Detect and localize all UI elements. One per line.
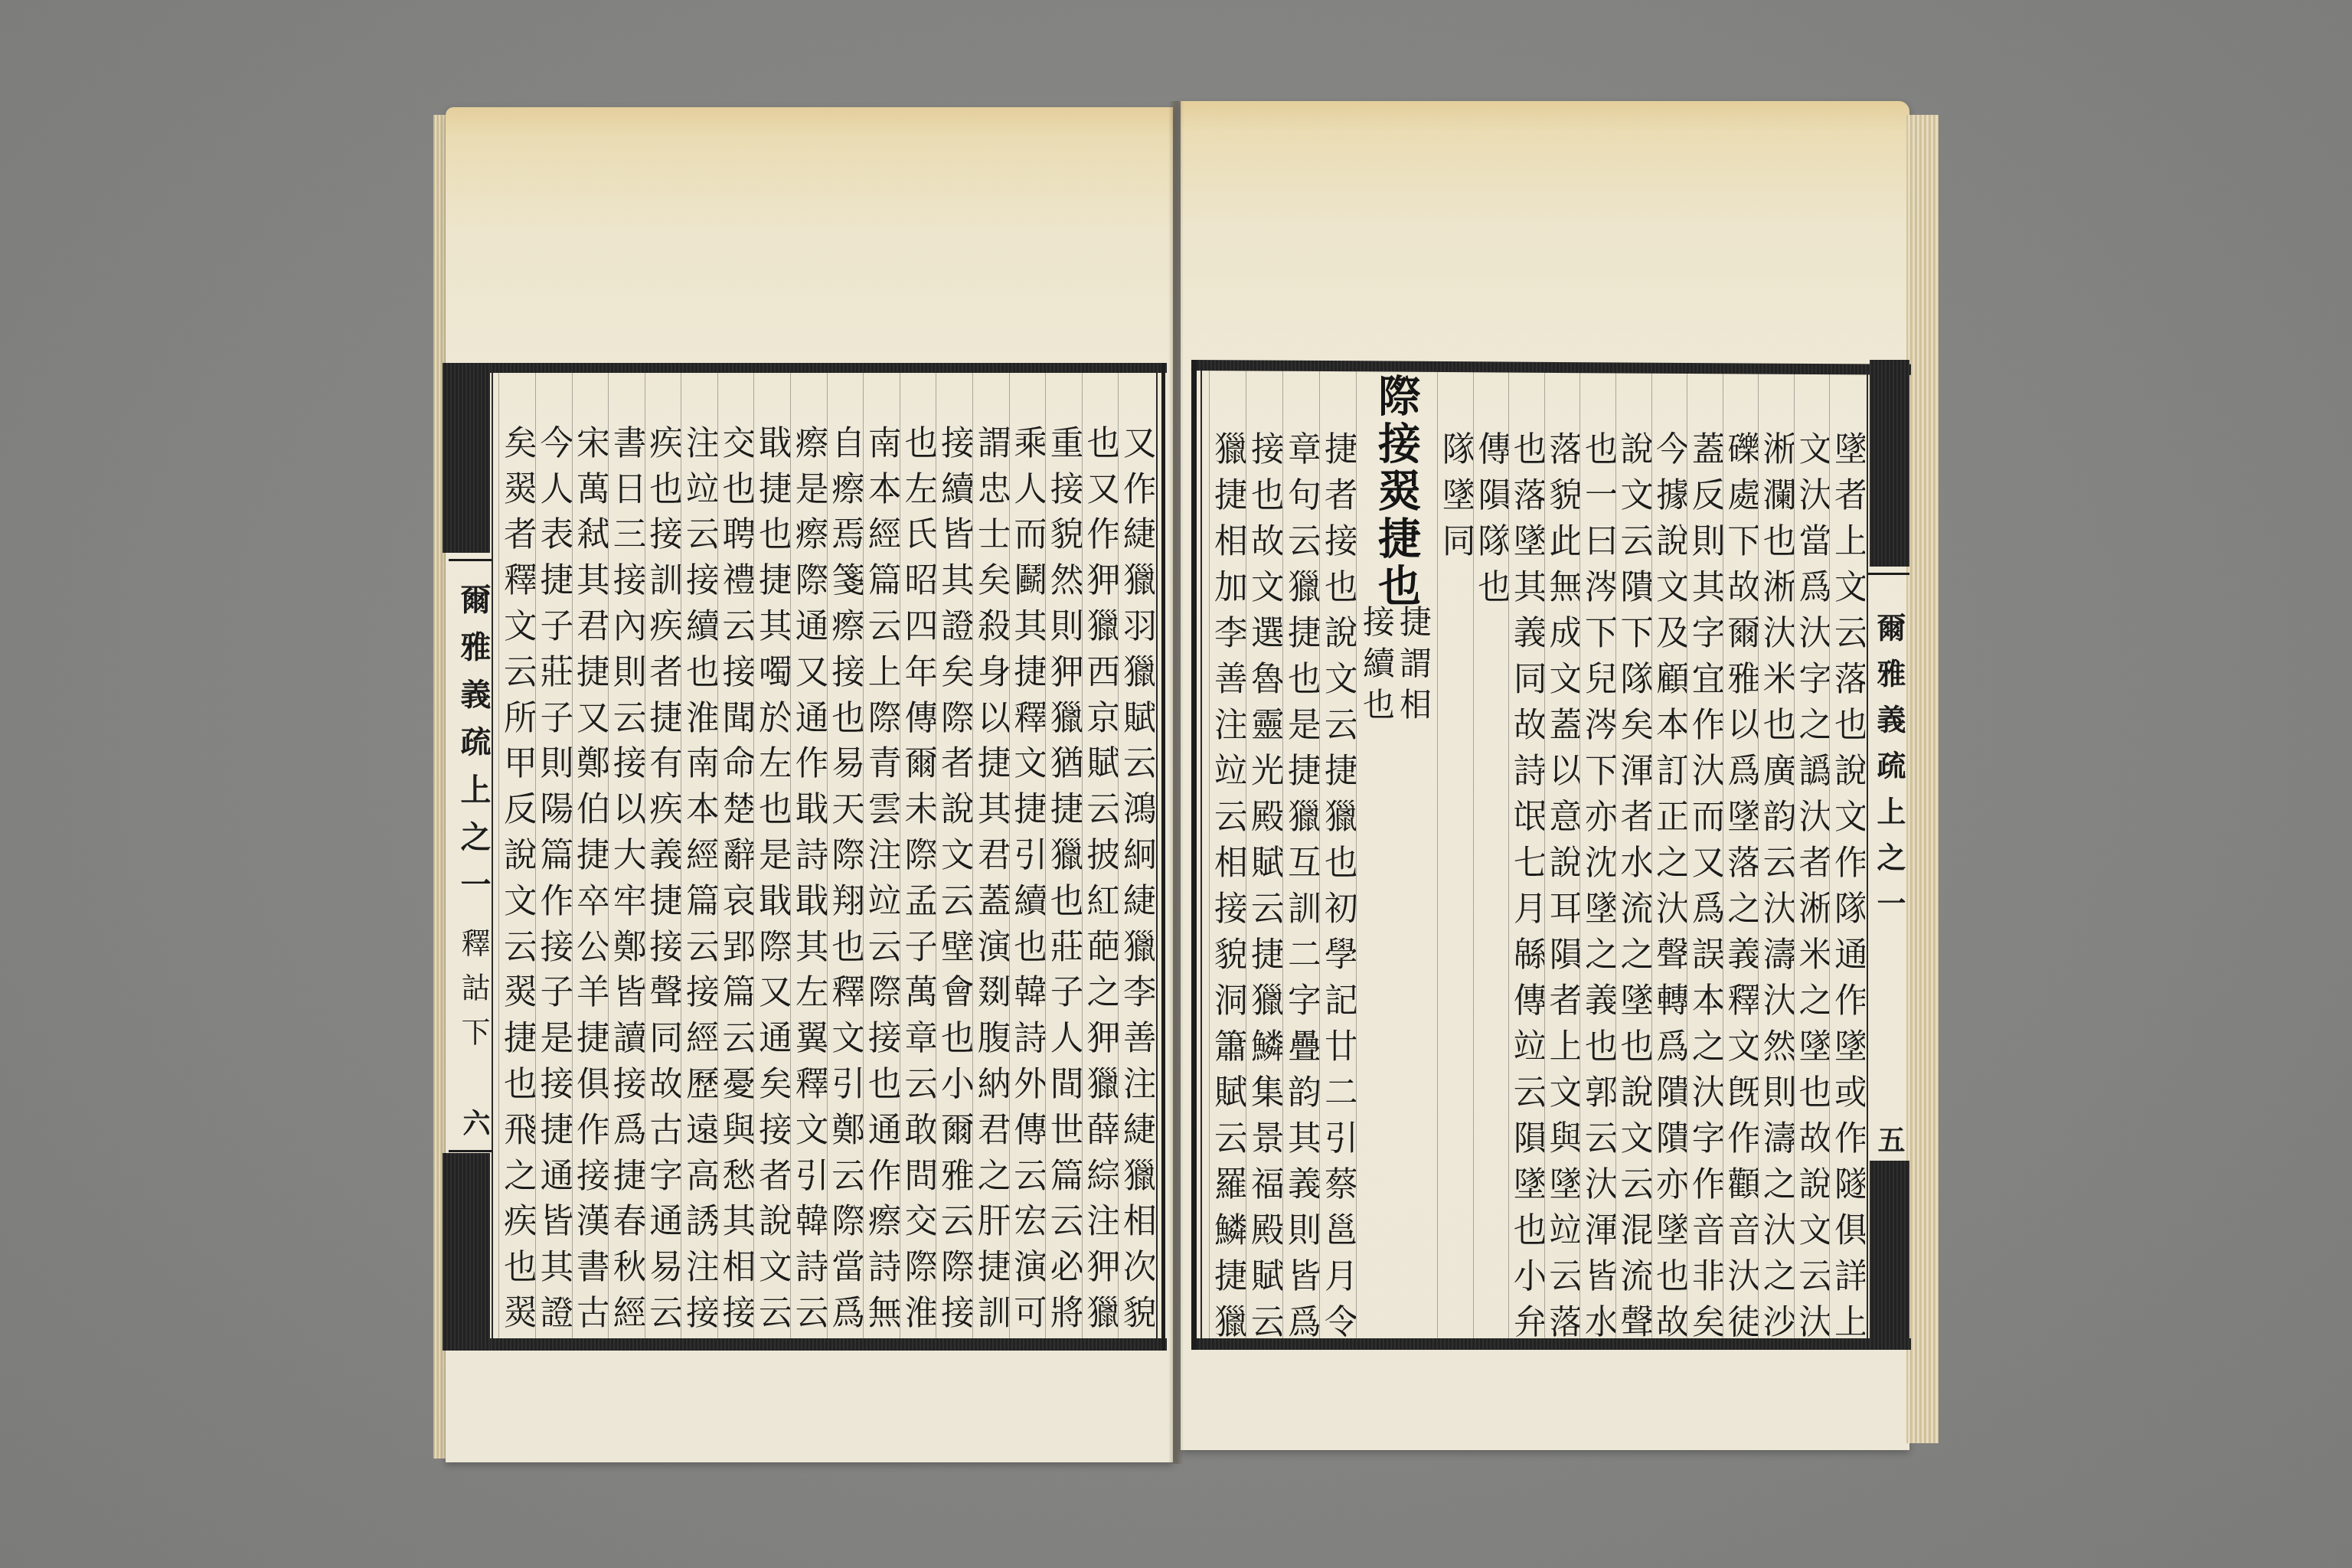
left-margin-fish-tail bbox=[449, 559, 492, 561]
text-column: 自瘵焉箋瘵接也易天際翔也釋文引鄭云際當爲 bbox=[827, 373, 864, 1338]
text-column: 疾也接訓疾者捷有疾義捷接聲同故古字通易云 bbox=[645, 373, 681, 1338]
text-column: 接續皆其證矣際者說文云壁會也小爾雅云際接 bbox=[936, 373, 972, 1338]
left-page-number: 六 bbox=[458, 1109, 492, 1136]
right-margin-book-title: 爾雅義疏上之一 bbox=[1871, 612, 1906, 934]
right-margin-divider bbox=[1867, 371, 1868, 1338]
text-column: 隊墜同 bbox=[1437, 371, 1473, 1338]
left-margin-black-bottom bbox=[443, 1153, 490, 1351]
left-margin-bottom-line bbox=[449, 1150, 492, 1152]
text-column: 獵捷相加李善注竝云相接貌洞簫賦云羅鱗捷獵 bbox=[1209, 371, 1246, 1338]
right-frame-inner-line bbox=[1200, 371, 1202, 1338]
heading-annotation: 捷謂相 接續也 bbox=[1358, 605, 1432, 750]
left-frame-right-border bbox=[1161, 363, 1165, 1351]
right-frame-bottom-border bbox=[1191, 1338, 1911, 1350]
right-page-edge-stack bbox=[1906, 115, 1939, 1443]
left-frame-top-border bbox=[456, 363, 1167, 373]
text-column: 落貌此無成文蓋以意說耳隕者上文與墜竝云落 bbox=[1544, 371, 1580, 1338]
text-column: 也又作狎獵西京賦云披紅葩之狎獵薛綜注狎獵 bbox=[1082, 373, 1119, 1338]
right-margin-fish-tail bbox=[1868, 573, 1909, 575]
text-column: 墜者上文云落也說文作隊通作墜或作隧俱詳上 bbox=[1829, 371, 1865, 1338]
text-column: 書日三接內則云接以大牢鄭皆讀接爲捷春秋經 bbox=[608, 373, 645, 1338]
entry-heading: 際接翜捷也 bbox=[1357, 374, 1436, 611]
text-column: 今據說文及顧本訂正之汏聲轉爲隤隤亦墜也故 bbox=[1651, 371, 1687, 1338]
entry-heading-column: 際接翜捷也 捷謂相 接續也 bbox=[1356, 371, 1437, 1338]
text-column: 傳隕隊也 bbox=[1473, 371, 1509, 1338]
left-frame-inner-line bbox=[1156, 373, 1158, 1338]
text-column: 今人表捷子莊子則陽篇作接子是接捷通皆其證 bbox=[535, 373, 572, 1338]
right-page-number: 五 bbox=[1873, 1125, 1906, 1153]
text-column: 南本經篇云上際青雲注竝云際接也通作瘵詩無 bbox=[863, 373, 900, 1338]
book-gutter bbox=[1168, 101, 1184, 1464]
text-column: 礫處下故爾雅以爲墜落之義釋文旣作顴音汏徒 bbox=[1723, 371, 1759, 1338]
text-column: 重接貌然則狎獵猶捷獵也莊子人間世篇云必將 bbox=[1045, 373, 1082, 1338]
annotation-column: 接續也 bbox=[1358, 605, 1395, 750]
right-frame-left-border bbox=[1191, 360, 1197, 1350]
left-margin-book-title: 爾雅義疏上之一 bbox=[455, 583, 492, 916]
text-column: 也左氏昭四年傳爾未際孟子萬章云敢問交際淮 bbox=[900, 373, 936, 1338]
text-column: 也一曰涔下兒涔下亦沈墜之義也郭云汏渾皆水 bbox=[1579, 371, 1615, 1338]
text-column: 又作緁獵羽獵賦云鴻絅緁獵李善注緁獵相次貌 bbox=[1118, 373, 1155, 1338]
text-column: 捷者接也說文云捷獵也初學記廿二引蔡邕月令 bbox=[1319, 371, 1356, 1338]
left-page-text-block: 又作緁獵羽獵賦云鴻絅緁獵李善注緁獵相次貌 也又作狎獵西京賦云披紅葩之狎獵薛綜注狎… bbox=[498, 373, 1155, 1338]
annotation-column: 捷謂相 bbox=[1395, 605, 1432, 750]
text-column: 接也故文選魯靈光殿賦云捷獵鱗集景福殿賦云 bbox=[1246, 371, 1282, 1338]
left-margin-divider bbox=[492, 373, 493, 1338]
right-margin-black-top bbox=[1870, 360, 1909, 567]
text-column: 蓋反則其字宜作汏而又爲誤本之汏字作音非矣 bbox=[1687, 371, 1723, 1338]
text-column: 交也聘禮云接聞命楚辭哀郢篇云憂與愁其相接 bbox=[717, 373, 754, 1338]
text-column: 矣翜者釋文云所甲反說文云翜捷也飛之疾也翜 bbox=[498, 373, 535, 1338]
text-column: 宋萬弒其君捷又鄭伯捷卒公羊捷俱作接漢書古 bbox=[572, 373, 609, 1338]
text-column: 戢捷也捷其噣於左也是戢際又通矣接者說文云 bbox=[753, 373, 790, 1338]
text-column: 文汏當爲汏字之譌汏者淅米之墜也故說文云汏 bbox=[1794, 371, 1830, 1338]
text-column: 注竝云接續也淮南本經篇云接經歷遠高誘注接 bbox=[681, 373, 717, 1338]
right-margin-black-bottom bbox=[1870, 1161, 1909, 1350]
left-frame-bottom-border bbox=[456, 1338, 1167, 1351]
right-page-text-block-b: 捷者接也說文云捷獵也初學記廿二引蔡邕月令 章句云獵捷也是捷獵互訓二字疊韵其義則皆… bbox=[1209, 371, 1356, 1338]
text-column: 謂忠士矣殺身以捷其君蓋演剟腹納君之肝捷訓 bbox=[972, 373, 1009, 1338]
right-page-text-block-a: 墜者上文云落也說文作隊通作墜或作隧俱詳上 文汏當爲汏字之譌汏者淅米之墜也故說文云… bbox=[1437, 371, 1865, 1338]
text-column: 乘人而鬬其捷釋文捷引續也韓詩外傳云宏演可 bbox=[1009, 373, 1046, 1338]
text-column: 也落墜其義同故詩氓七月緜傳竝云隕墜也小弁 bbox=[1508, 371, 1544, 1338]
text-column: 章句云獵捷也是捷獵互訓二字疊韵其義則皆爲 bbox=[1282, 371, 1319, 1338]
text-column: 說文云隤下隊矣渾者水流之墜也說文云混流聲 bbox=[1615, 371, 1651, 1338]
left-margin-black-top bbox=[443, 363, 490, 553]
text-column: 瘵是瘵際通又通作戢詩戢其左翼釋文引韓詩云 bbox=[790, 373, 827, 1338]
left-margin-section: 釋詁下 bbox=[455, 928, 492, 1061]
text-column: 淅瀾也淅汏米也廣韵云汏濤汏然則濤之汏之沙 bbox=[1758, 371, 1794, 1338]
